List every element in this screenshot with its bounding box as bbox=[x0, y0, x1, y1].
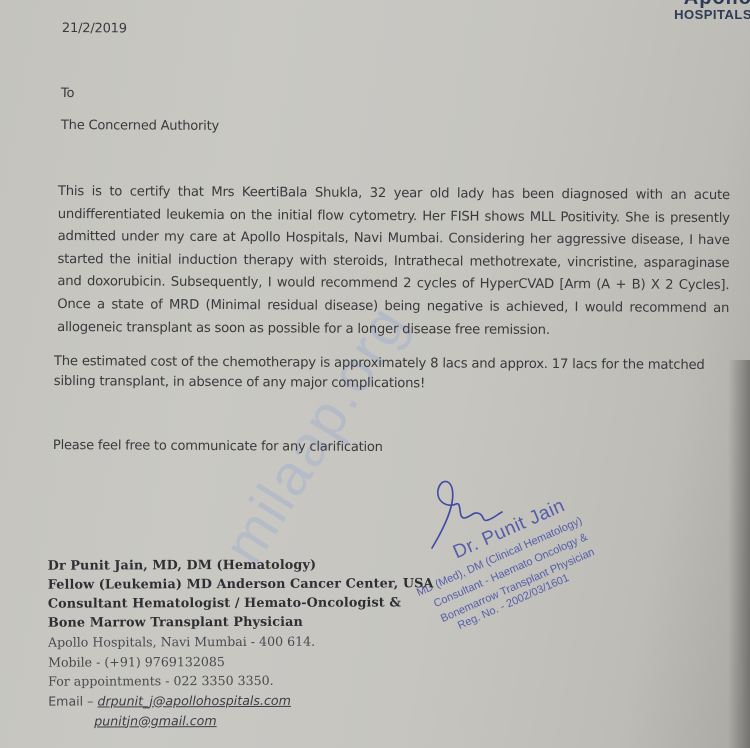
doctor-stamp: Dr. Punit Jain MD (Med), DM (Clinical He… bbox=[410, 470, 650, 620]
letter-page: milaap.org Apollo HOSPITALS 21/2/2019 To… bbox=[0, 0, 750, 748]
email-row-secondary: punitjn@gmail.com bbox=[48, 710, 434, 731]
logo-bottom-text: HOSPITALS bbox=[674, 8, 750, 21]
mobile-number: Mobile - (+91) 9769132085 bbox=[48, 651, 434, 672]
email-label: Email – bbox=[48, 693, 97, 708]
closing-line: Please feel free to communicate for any … bbox=[53, 438, 383, 455]
email-row: Email – drpunit_j@apollohospitals.com bbox=[48, 690, 434, 711]
hospital-logo: Apollo HOSPITALS bbox=[674, 0, 750, 21]
signature-block: Dr Punit Jain, MD, DM (Hematology) Fello… bbox=[48, 555, 434, 731]
letter-date: 21/2/2019 bbox=[62, 21, 127, 36]
doctor-fellowship: Fellow (Leukemia) MD Anderson Cancer Cen… bbox=[48, 574, 434, 594]
paragraph-diagnosis: This is to certify that Mrs KeertiBala S… bbox=[57, 181, 730, 343]
email-link-primary[interactable]: drpunit_j@apollohospitals.com bbox=[97, 692, 290, 708]
paragraph-cost: The estimated cost of the chemotherapy i… bbox=[54, 352, 730, 396]
appointment-number: For appointments - 022 3350 3350. bbox=[48, 670, 434, 691]
doctor-title-2: Bone Marrow Transplant Physician bbox=[48, 612, 434, 632]
salutation-to: To bbox=[61, 86, 74, 101]
doctor-name: Dr Punit Jain, MD, DM (Hematology) bbox=[48, 555, 434, 575]
doctor-title: Consultant Hematologist / Hemato-Oncolog… bbox=[48, 593, 434, 613]
email-link-secondary[interactable]: punitjn@gmail.com bbox=[94, 713, 216, 728]
page-edge-shadow bbox=[728, 360, 750, 748]
recipient: The Concerned Authority bbox=[61, 118, 219, 134]
hospital-address: Apollo Hospitals, Navi Mumbai - 400 614. bbox=[48, 631, 434, 652]
